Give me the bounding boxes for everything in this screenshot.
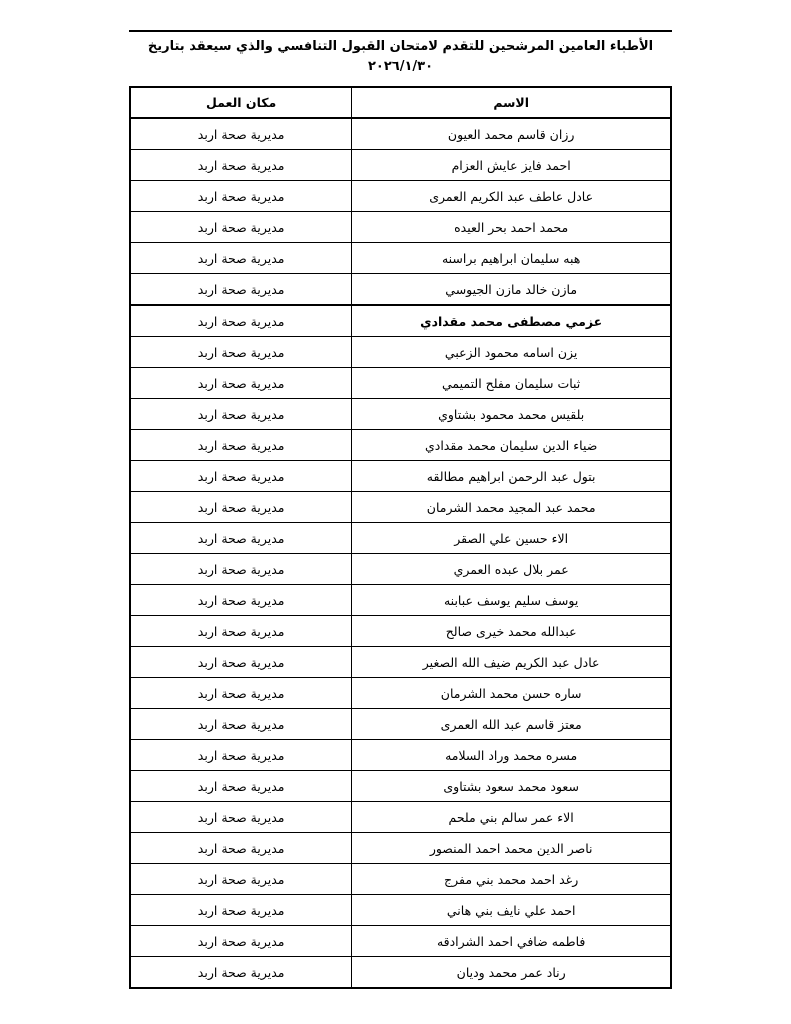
workplace-cell: مديرية صحة اربد [130,895,352,926]
name-cell: مازن خالد مازن الجيوسي [352,274,671,306]
name-cell: عزمي مصطفى محمد مقدادي [352,305,671,337]
workplace-cell: مديرية صحة اربد [130,430,352,461]
table-row: هبه سليمان ابراهيم براسنه مديرية صحة ارب… [130,243,671,274]
table-row: عبدالله محمد خيرى صالح مديرية صحة اربد [130,616,671,647]
candidates-table: الاسم مكان العمل رزان قاسم محمد العيون م… [129,86,672,989]
name-cell: عبدالله محمد خيرى صالح [352,616,671,647]
workplace-cell: مديرية صحة اربد [130,181,352,212]
name-cell: رزان قاسم محمد العيون [352,118,671,150]
table-row: سعود محمد سعود بشتاوى مديرية صحة اربد [130,771,671,802]
workplace-cell: مديرية صحة اربد [130,709,352,740]
name-cell: فاطمه ضافي احمد الشرادقه [352,926,671,957]
workplace-cell: مديرية صحة اربد [130,337,352,368]
workplace-cell: مديرية صحة اربد [130,368,352,399]
name-cell: مسره محمد وراد السلامه [352,740,671,771]
name-cell: رغد احمد محمد بني مفرج [352,864,671,895]
name-cell: ضياء الدين سليمان محمد مقدادي [352,430,671,461]
name-cell: عمر بلال عبده العمري [352,554,671,585]
workplace-cell: مديرية صحة اربد [130,957,352,989]
workplace-cell: مديرية صحة اربد [130,150,352,181]
workplace-cell: مديرية صحة اربد [130,585,352,616]
workplace-cell: مديرية صحة اربد [130,118,352,150]
document-title: الأطباء العامين المرشحين للتقدم لامتحان … [129,36,672,77]
top-divider [129,30,672,32]
workplace-cell: مديرية صحة اربد [130,802,352,833]
workplace-cell: مديرية صحة اربد [130,274,352,306]
table-row: فاطمه ضافي احمد الشرادقه مديرية صحة اربد [130,926,671,957]
table-header: الاسم مكان العمل [130,87,671,118]
table-row: الاء حسين علي الصقر مديرية صحة اربد [130,523,671,554]
table-row: يوسف سليم يوسف عبابنه مديرية صحة اربد [130,585,671,616]
workplace-cell: مديرية صحة اربد [130,461,352,492]
table-row: بلقيس محمد محمود بشتاوي مديرية صحة اربد [130,399,671,430]
table-row: مازن خالد مازن الجيوسي مديرية صحة اربد [130,274,671,306]
name-cell: محمد احمد بحر العيده [352,212,671,243]
workplace-cell: مديرية صحة اربد [130,399,352,430]
workplace-cell: مديرية صحة اربد [130,926,352,957]
name-cell: ثبات سليمان مفلح التميمي [352,368,671,399]
name-cell: عادل عبد الكريم ضيف الله الصغير [352,647,671,678]
workplace-cell: مديرية صحة اربد [130,305,352,337]
name-cell: احمد علي نايف بني هاني [352,895,671,926]
workplace-cell: مديرية صحة اربد [130,212,352,243]
table-row: محمد احمد بحر العيده مديرية صحة اربد [130,212,671,243]
name-cell: هبه سليمان ابراهيم براسنه [352,243,671,274]
workplace-cell: مديرية صحة اربد [130,771,352,802]
workplace-cell: مديرية صحة اربد [130,678,352,709]
table-row: ناصر الدين محمد احمد المنصور مديرية صحة … [130,833,671,864]
name-cell: بتول عبد الرحمن ابراهيم مطالقه [352,461,671,492]
name-cell: محمد عبد المجيد محمد الشرمان [352,492,671,523]
table-row: يزن اسامه محمود الزعبي مديرية صحة اربد [130,337,671,368]
workplace-cell: مديرية صحة اربد [130,616,352,647]
workplace-cell: مديرية صحة اربد [130,554,352,585]
workplace-cell: مديرية صحة اربد [130,492,352,523]
table-row: احمد فايز عايش العزام مديرية صحة اربد [130,150,671,181]
name-cell: رناد عمر محمد وديان [352,957,671,989]
document-page: الأطباء العامين المرشحين للتقدم لامتحان … [0,0,791,1024]
workplace-cell: مديرية صحة اربد [130,740,352,771]
table-row: بتول عبد الرحمن ابراهيم مطالقه مديرية صح… [130,461,671,492]
name-cell: ساره حسن محمد الشرمان [352,678,671,709]
workplace-cell: مديرية صحة اربد [130,523,352,554]
document-sheet: الأطباء العامين المرشحين للتقدم لامتحان … [129,0,672,989]
table-row: معتز قاسم عبد الله العمرى مديرية صحة ارب… [130,709,671,740]
table-row: عزمي مصطفى محمد مقدادي مديرية صحة اربد [130,305,671,337]
table-row: الاء عمر سالم بني ملحم مديرية صحة اربد [130,802,671,833]
name-cell: يزن اسامه محمود الزعبي [352,337,671,368]
table-row: ثبات سليمان مفلح التميمي مديرية صحة اربد [130,368,671,399]
workplace-cell: مديرية صحة اربد [130,833,352,864]
table-body: رزان قاسم محمد العيون مديرية صحة اربد اح… [130,118,671,988]
table-row: رغد احمد محمد بني مفرج مديرية صحة اربد [130,864,671,895]
header-row: الاسم مكان العمل [130,87,671,118]
column-header-workplace: مكان العمل [130,87,352,118]
table-row: ساره حسن محمد الشرمان مديرية صحة اربد [130,678,671,709]
name-cell: عادل عاطف عبد الكريم العمرى [352,181,671,212]
name-cell: ناصر الدين محمد احمد المنصور [352,833,671,864]
name-cell: معتز قاسم عبد الله العمرى [352,709,671,740]
exam-date: ٢٠٢٦/١/٣٠ [129,57,672,77]
table-row: ضياء الدين سليمان محمد مقدادي مديرية صحة… [130,430,671,461]
table-row: عادل عاطف عبد الكريم العمرى مديرية صحة ا… [130,181,671,212]
workplace-cell: مديرية صحة اربد [130,243,352,274]
table-row: مسره محمد وراد السلامه مديرية صحة اربد [130,740,671,771]
workplace-cell: مديرية صحة اربد [130,647,352,678]
name-cell: بلقيس محمد محمود بشتاوي [352,399,671,430]
table-row: رناد عمر محمد وديان مديرية صحة اربد [130,957,671,989]
name-cell: احمد فايز عايش العزام [352,150,671,181]
table-row: عادل عبد الكريم ضيف الله الصغير مديرية ص… [130,647,671,678]
table-row: احمد علي نايف بني هاني مديرية صحة اربد [130,895,671,926]
column-header-name: الاسم [352,87,671,118]
table-row: محمد عبد المجيد محمد الشرمان مديرية صحة … [130,492,671,523]
name-cell: يوسف سليم يوسف عبابنه [352,585,671,616]
name-cell: سعود محمد سعود بشتاوى [352,771,671,802]
name-cell: الاء حسين علي الصقر [352,523,671,554]
table-row: رزان قاسم محمد العيون مديرية صحة اربد [130,118,671,150]
table-row: عمر بلال عبده العمري مديرية صحة اربد [130,554,671,585]
title-text: الأطباء العامين المرشحين للتقدم لامتحان … [148,39,653,54]
workplace-cell: مديرية صحة اربد [130,864,352,895]
name-cell: الاء عمر سالم بني ملحم [352,802,671,833]
